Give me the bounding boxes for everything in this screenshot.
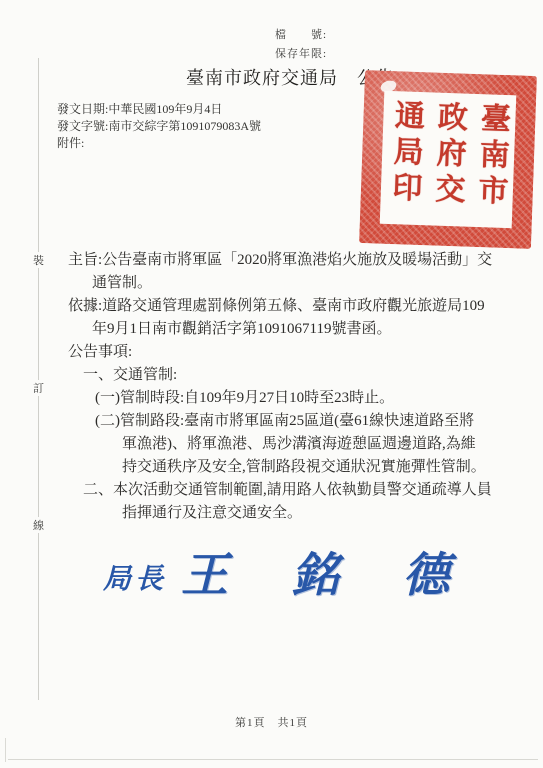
announcement-items-header: 公告事項: xyxy=(0,341,520,364)
attachment-label: 附件: xyxy=(57,135,261,152)
document-meta: 發文日期:中華民國109年9月4日 發文字號:南市交綜字第1091079083A… xyxy=(57,101,261,152)
official-announcement-document: 裝 訂 線 檔 號: 保存年限: 臺南市政府交通局 公告 發文日期:中華民國10… xyxy=(0,0,543,768)
item-1-heading: 一、交通管制: xyxy=(0,364,520,387)
seal-script-text: 臺南市政府交通局印 xyxy=(381,98,514,220)
retention-period-label: 保存年限: xyxy=(275,45,395,64)
signer-title: 局長 xyxy=(103,557,167,597)
item-2-line: 指揮通行及注意交通安全。 xyxy=(0,502,520,525)
file-number-label: 檔 號: xyxy=(275,26,395,45)
scan-edge-line xyxy=(8,759,538,760)
item-1-sub-2-line: 軍漁港)、將軍漁港、馬沙溝濱海遊憩區週邊道路,為維 xyxy=(0,433,520,456)
issue-date: 發文日期:中華民國109年9月4日 xyxy=(57,101,261,118)
stamp-inner-area: 臺南市政府交通局印 xyxy=(380,91,517,229)
subject-line: 主旨:公告臺南市將軍區「2020將軍漁港焰火施放及暖場活動」交 xyxy=(0,249,520,272)
announcement-body: 主旨:公告臺南市將軍區「2020將軍漁港焰火施放及暖場活動」交 通管制。 依據:… xyxy=(0,249,520,525)
item-1-sub-1: (一)管制時段:自109年9月27日10時至23時止。 xyxy=(0,387,520,410)
item-2-line: 二、本次活動交通管制範圍,請用路人依執勤員警交通疏導人員 xyxy=(0,479,520,502)
page-number-footer: 第1頁 共1頁 xyxy=(0,714,543,730)
basis-line: 年9月1日南市觀銷活字第1091067119號書函。 xyxy=(0,318,520,341)
subject-line: 通管制。 xyxy=(0,272,520,295)
item-1-sub-2-line: 持交通秩序及安全,管制路段視交通狀況實施彈性管制。 xyxy=(0,456,520,479)
basis-line: 依據:道路交通管理處罰條例第五條、臺南市政府觀光旅遊局109 xyxy=(0,295,520,318)
scan-edge-tick xyxy=(5,738,6,762)
official-seal-stamp: 臺南市政府交通局印 xyxy=(359,70,537,249)
signature-block: 局長 王 銘 德 xyxy=(103,538,476,605)
item-1-sub-2-line: (二)管制路段:臺南市將軍區南25區道(臺61線快速道路至將 xyxy=(0,410,520,433)
document-number: 發文字號:南市交綜字第1091079083A號 xyxy=(57,118,261,135)
archive-labels: 檔 號: 保存年限: xyxy=(275,26,395,64)
signer-name-calligraphy: 王 銘 德 xyxy=(181,538,476,605)
